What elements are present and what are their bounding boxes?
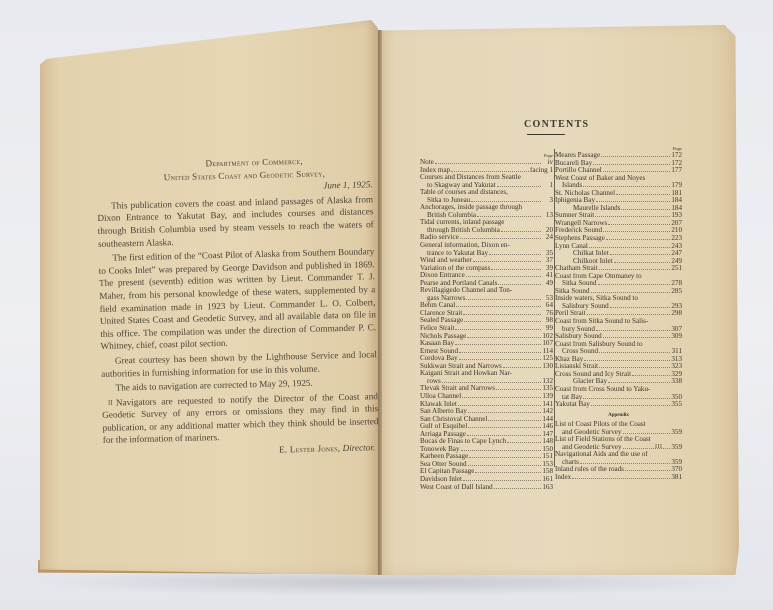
toc-entry: List of Coast Pilots of the Coast	[555, 421, 682, 429]
toc-entry-page: 35	[542, 250, 553, 258]
leader-dots	[498, 284, 541, 285]
toc-entry-page: 98	[542, 317, 553, 325]
toc-entry-title: Revillagigedo Channel and Ton-	[420, 287, 512, 295]
toc-entry-title: Meares Passage	[555, 152, 600, 160]
toc-entry: Sitka Sound285	[555, 288, 682, 296]
toc-entry-page: 293	[671, 303, 682, 311]
toc-entry-page: 144	[542, 416, 553, 424]
leader-dots	[610, 254, 670, 255]
toc-entry-title: Sumner Strait	[555, 212, 594, 220]
toc-entry-title: Klawak Inlet	[420, 401, 457, 409]
toc-entry: Table of courses and distances,	[420, 189, 553, 197]
toc-entry-title: Tonowek Bay	[420, 446, 460, 454]
toc-entry-page: 193	[671, 212, 682, 220]
toc-entry-title: Table of courses and distances,	[420, 189, 508, 197]
toc-entry: Variation of the compass39	[420, 265, 553, 273]
toc-entry: Salisbury Sound309	[555, 333, 682, 341]
preface-paragraph: The first edition of the “Coast Pilot of…	[98, 245, 376, 352]
toc-entry-page: 359	[671, 429, 682, 437]
toc-entry-page: 243	[671, 243, 682, 251]
leader-dots	[606, 239, 670, 240]
leader-dots	[460, 238, 541, 239]
toc-entry-title: Salisbury Sound	[555, 333, 602, 341]
toc-entry-page: 207	[671, 220, 682, 228]
toc-entry: through British Columbia20	[420, 227, 553, 235]
toc-entry-title: gass Narrows	[427, 295, 465, 303]
toc-entry-page: 114	[542, 348, 553, 356]
toc-entry: Arriaga Passage147	[420, 431, 553, 439]
toc-entry-title: rows	[427, 378, 441, 386]
leader-dots	[466, 276, 541, 277]
toc-entry: Lisianski Strait323	[555, 363, 682, 371]
leader-dots	[584, 360, 670, 361]
leader-dots	[455, 344, 541, 345]
toc-entry-page: 370	[671, 466, 682, 474]
toc-entry-title: Index map	[420, 167, 450, 175]
toc-entry-page: 307	[671, 326, 682, 334]
toc-entry: charts359	[555, 459, 682, 467]
leader-dots	[616, 194, 670, 195]
toc-entry: Nichols Passage102	[420, 333, 553, 341]
toc-entry-title: Sea Otter Sound	[420, 461, 467, 469]
toc-entry: Pearse and Portland Canals49	[420, 280, 553, 288]
toc-entry-title: Coast from Cape Ommaney to	[555, 273, 642, 281]
leader-dots	[587, 314, 670, 315]
toc-entry-title: Bocas de Finas to Cape Lynch	[420, 438, 506, 446]
toc-entry: Dixon Entrance41	[420, 272, 553, 280]
leader-dots	[603, 171, 670, 172]
leader-dots	[603, 337, 670, 338]
toc-entry: Salisbury Sound293	[555, 303, 682, 311]
toc-entry-title: charts	[562, 459, 579, 467]
leader-dots	[475, 472, 541, 473]
toc-entry-title: Behm Canal	[420, 302, 455, 310]
toc-entry-title: Felice Strait	[420, 325, 454, 333]
signature-name: E. Lester Jones,	[279, 443, 340, 454]
leader-dots	[507, 442, 541, 443]
toc-entry: Khaz Bay313	[555, 356, 682, 364]
toc-entry-title: Chatham Strait	[555, 265, 598, 273]
toc-entry-title: Lisianski Strait	[555, 363, 598, 371]
toc-entry-page: 158	[542, 468, 553, 476]
leader-dots	[591, 292, 671, 293]
toc-entry-title: Khaz Bay	[555, 356, 583, 364]
toc-entry-page: 359	[671, 444, 682, 452]
leader-dots	[623, 433, 671, 434]
toc-entry-page: 142	[542, 408, 553, 416]
leader-dots	[583, 186, 670, 187]
toc-entry-page: 147	[542, 431, 553, 439]
toc-entry-title: to Skagway and Yakutat	[427, 182, 496, 190]
leader-dots	[456, 306, 541, 307]
toc-entry: Sea Otter Sound153	[420, 461, 553, 469]
leader-dots	[608, 224, 670, 225]
toc-entry: Kasaan Bay107	[420, 340, 553, 348]
leader-dots	[466, 299, 541, 300]
toc-entry: Sitka Sound278	[555, 280, 682, 288]
toc-entry-title: Pearse and Portland Canals	[420, 280, 497, 288]
leader-dots	[455, 329, 541, 330]
preface-paragraph: Navigators are requested to notify the D…	[102, 390, 379, 447]
preface-paragraph: Great courtesy has been shown by the Lig…	[101, 348, 378, 380]
toc-entry-title: Salisbury Sound	[562, 303, 609, 311]
toc-entry: Meares Passage172	[555, 152, 682, 160]
toc-entry: Noteiv	[420, 159, 553, 167]
toc-entry: Stephens Passage223	[555, 235, 682, 243]
toc-entry-title: Lynn Canal	[555, 243, 588, 251]
toc-entry-title: Chilkoot Inlet	[573, 258, 613, 266]
toc-entry-page: 181	[671, 190, 682, 198]
toc-entry-page: 249	[671, 258, 682, 266]
title-rule	[527, 134, 565, 135]
toc-entry: El Capitan Passage158	[420, 468, 553, 476]
toc-entry-title: Cordova Bay	[420, 355, 458, 363]
preface-paragraph: This publication covers the coast and in…	[97, 193, 374, 250]
toc-entry: Iphigenia Bay184	[555, 197, 682, 205]
toc-entry-page: 39	[542, 265, 553, 273]
toc-entry-page: 41	[542, 272, 553, 280]
toc-entry-title: Frederick Sound	[555, 227, 602, 235]
toc-entry-title: Ulloa Channel	[420, 393, 461, 401]
toc-entry-page: 381	[671, 474, 682, 482]
toc-entry: General information, Dixon en-	[420, 242, 553, 250]
toc-entry-title: Radio service	[420, 234, 459, 242]
toc-entry: Glacier Bay338	[555, 378, 682, 386]
toc-entry: San Christoval Channel144	[420, 416, 553, 424]
toc-entry: trance to Yakutat Bay35	[420, 250, 553, 258]
toc-entry-title: Yakutat Bay	[555, 401, 590, 409]
toc-entry-title: Coast from Salisbury Sound to	[555, 341, 643, 349]
toc-entry-title: Ernest Sound	[420, 348, 458, 356]
toc-entry-title: Anchorages, inside passage through	[420, 204, 522, 212]
toc-entry-title: Navigational Aids and the use of	[555, 451, 648, 459]
leader-dots	[468, 427, 541, 428]
toc-entry: Anchorages, inside passage through	[420, 204, 553, 212]
leader-dots	[463, 480, 541, 481]
toc-entry: Gulf of Esquibel146	[420, 423, 553, 431]
toc-entry: Kaigani Strait and Howkan Nar-	[420, 370, 553, 378]
toc-entry: Frederick Sound210	[555, 227, 682, 235]
leader-dots	[459, 352, 541, 353]
toc-entry-page: 37	[542, 257, 553, 265]
toc-entry-page: 76	[542, 310, 553, 318]
toc-entry-title: Davidson Inlet	[420, 476, 462, 484]
toc-entry-page: 3	[542, 197, 553, 205]
toc-entry-title: Sitka Sound	[562, 280, 597, 288]
toc-entry: Chilkoot Inlet249	[555, 258, 682, 266]
leader-dots	[608, 382, 670, 383]
toc-entry: Bucareli Bay172	[555, 160, 682, 168]
toc-entry-page: 179	[671, 182, 682, 190]
leader-dots	[621, 209, 670, 210]
toc-entry-page: 285	[671, 288, 682, 296]
page-number-left: II	[108, 399, 113, 407]
toc-entry-page: 172	[671, 160, 682, 168]
leader-dots	[464, 321, 541, 322]
toc-entry-page: 130	[542, 363, 553, 371]
leader-dots	[496, 389, 541, 390]
toc-entry-page: 355	[671, 401, 682, 409]
toc-entry: Cross Sound311	[555, 348, 682, 356]
toc-entry: Tidal currents, inland passage	[420, 219, 553, 227]
toc-entry: Klawak Inlet141	[420, 401, 553, 409]
leader-dots	[494, 488, 541, 489]
toc-entry-title: and Geodetic Survey	[562, 429, 622, 437]
toc-entry: Lynn Canal243	[555, 243, 682, 251]
toc-entry-title: Karheen Passage	[420, 453, 468, 461]
toc-entry: Coast from Salisbury Sound to	[555, 341, 682, 349]
toc-entry-title: West Coast of Dall Island	[420, 484, 493, 492]
leader-dots	[599, 367, 670, 368]
toc-entry: Cordova Bay125	[420, 355, 553, 363]
leader-dots	[459, 359, 541, 360]
toc-entry-title: trance to Yakutat Bay	[427, 250, 488, 258]
leader-dots	[458, 405, 541, 406]
toc-entry: Sukkwan Strait and Narrows130	[420, 363, 553, 371]
toc-entry-title: Index	[555, 474, 571, 482]
toc-entry: Courses and Distances from Seattle	[420, 174, 553, 182]
toc-entry: bury Sound307	[555, 326, 682, 334]
toc-entry: and Geodetic Survey359	[555, 429, 682, 437]
toc-entry-title: San Christoval Channel	[420, 416, 487, 424]
toc-entry-title: Bucareli Bay	[555, 160, 592, 168]
toc-entry: Revillagigedo Channel and Ton-	[420, 287, 553, 295]
leader-dots	[601, 156, 670, 157]
toc-entry-page: 247	[671, 250, 682, 258]
leader-dots	[468, 412, 541, 413]
toc-entry-title: Sealed Passage	[420, 317, 463, 325]
toc-entry: Radio service24	[420, 234, 553, 242]
toc-entry: Inside waters, Sitka Sound to	[555, 295, 682, 303]
leader-dots	[632, 375, 670, 376]
leader-dots	[477, 216, 541, 217]
toc-entry-page: 146	[542, 423, 553, 431]
toc-entry-title: Coast from Sitka Sound to Salis-	[555, 318, 648, 326]
leader-dots	[467, 435, 541, 436]
toc-entry-page: facing 1	[530, 167, 553, 175]
toc-entry-page: 223	[671, 235, 682, 243]
toc-entry-title: Portillo Channel	[555, 167, 602, 175]
toc-entry-page: 49	[542, 280, 553, 288]
toc-entry-title: St. Nicholas Channel	[555, 190, 615, 198]
toc-entry-title: Tidal currents, inland passage	[420, 219, 504, 227]
leader-dots	[501, 231, 541, 232]
toc-entry-page: 184	[671, 197, 682, 205]
toc-entry-page: 298	[671, 310, 682, 318]
toc-entry-page: 177	[671, 167, 682, 175]
toc-entry: Tonowek Bay150	[420, 446, 553, 454]
leader-dots	[491, 269, 541, 270]
page-number-right: III	[655, 444, 663, 450]
toc-entry-page: 278	[671, 280, 682, 288]
toc-entry-title: San Alberto Bay	[420, 408, 467, 416]
toc-entry: rows132	[420, 378, 553, 386]
leader-dots	[469, 457, 541, 458]
toc-entry-page: 24	[542, 234, 553, 242]
leader-dots	[599, 352, 670, 353]
leader-dots	[580, 463, 670, 464]
toc-entry-title: Sitka Sound	[555, 288, 590, 296]
leader-dots	[435, 163, 541, 164]
toc-entry-title: General information, Dixon en-	[420, 242, 510, 250]
toc-entry-page: 311	[671, 348, 682, 356]
toc-entry: St. Nicholas Channel181	[555, 190, 682, 198]
toc-entry-page: 53	[542, 295, 553, 303]
toc-entry: Tlevak Strait and Narrows135	[420, 385, 553, 393]
toc-entry-title: through British Columbia	[427, 227, 500, 235]
toc-entry: Islands179	[555, 182, 682, 190]
toc-entry-page: 359	[671, 459, 682, 467]
toc-entry-title: Chilkat Inlet	[573, 250, 609, 258]
toc-entry: Coast from Cape Ommaney to	[555, 273, 682, 281]
toc-entry: West Coast of Dall Island163	[420, 484, 553, 492]
leader-dots	[442, 382, 541, 383]
leader-dots	[463, 314, 541, 315]
toc-entry: Karheen Passage151	[420, 453, 553, 461]
leader-dots	[451, 171, 529, 172]
leader-dots	[462, 397, 541, 398]
toc-entry: Wrangell Narrows207	[555, 220, 682, 228]
toc-entry-title: Kaigani Strait and Howkan Nar-	[420, 370, 512, 378]
toc-entry-title: bury Sound	[562, 326, 595, 334]
leader-dots	[596, 201, 670, 202]
toc-entry: Cross Sound and Icy Strait329	[555, 371, 682, 379]
toc-entry-page: 13	[542, 212, 553, 220]
leader-dots	[468, 465, 542, 466]
toc-entry-title: West Coast of Baker and Noyes	[555, 175, 645, 183]
toc-entry-page: 151	[542, 453, 553, 461]
toc-entry-page: 107	[542, 340, 553, 348]
leader-dots	[625, 470, 670, 471]
toc-entry: Ulloa Channel139	[420, 393, 553, 401]
toc-entry-title: Courses and Distances from Seattle	[420, 174, 521, 182]
leader-dots	[471, 201, 541, 202]
toc-entry-title: and Geodetic Survey	[562, 444, 622, 452]
leader-dots	[489, 254, 541, 255]
toc-entry-title: Gulf of Esquibel	[420, 423, 467, 431]
leader-dots	[589, 247, 670, 248]
toc-entry: Index mapfacing 1	[420, 167, 553, 175]
leader-dots	[596, 330, 670, 331]
toc-entry-title: Kasaan Bay	[420, 340, 454, 348]
leader-dots	[497, 186, 541, 187]
toc-entry: Portillo Channel177	[555, 167, 682, 175]
toc-entry-title: Sitka to Juneau	[427, 197, 470, 205]
toc-entry: Inland rules of the roads370	[555, 466, 682, 474]
toc-entry-title: Wind and weather	[420, 257, 472, 265]
leader-dots	[572, 478, 670, 479]
toc-entry-title: Inland rules of the roads	[555, 466, 624, 474]
toc-entry-page: 135	[542, 385, 553, 393]
toc-entry-title: Iphigenia Bay	[555, 197, 595, 205]
toc-entry-title: Cross Sound	[562, 348, 598, 356]
toc-entry-title: List of Field Stations of the Coast	[555, 436, 651, 444]
toc-entry-page: 329	[671, 371, 682, 379]
toc-entry-title: Maurelle Islands	[573, 205, 620, 213]
leader-dots	[623, 448, 671, 449]
toc-entry: Yakutat Bay355	[555, 401, 682, 409]
toc-entry-title: Cross Sound and Icy Strait	[555, 371, 631, 379]
toc-entry: gass Narrows53	[420, 295, 553, 303]
toc-entry-page: 323	[671, 363, 682, 371]
toc-entry: Sealed Passage98	[420, 317, 553, 325]
toc-entry: Navigational Aids and the use of	[555, 451, 682, 459]
toc-entry-page: 153	[542, 461, 553, 469]
toc-entry-page: 139	[542, 393, 553, 401]
toc-entry-title: List of Coast Pilots of the Coast	[555, 421, 646, 429]
toc-right-column: Page Meares Passage172Bucareli Bay172Por…	[555, 146, 682, 482]
toc-entry: and Geodetic Survey359	[555, 444, 682, 452]
toc-entry-title: Islands	[562, 182, 582, 190]
toc-entry-title: Dixon Entrance	[420, 272, 465, 280]
toc-entry-title: Note	[420, 159, 434, 167]
toc-entry-page: 161	[542, 476, 553, 484]
toc-entry-title: Wrangell Narrows	[555, 220, 607, 228]
leader-dots	[467, 337, 541, 338]
leader-dots	[591, 405, 670, 406]
toc-entry-page: 210	[671, 227, 682, 235]
leader-dots	[461, 450, 542, 451]
toc-entry-title: British Columbia	[427, 212, 476, 220]
toc-left-column: Page NoteivIndex mapfacing 1Courses and …	[420, 153, 553, 491]
toc-entry: Wind and weather37	[420, 257, 553, 265]
toc-entry-title: Variation of the compass	[420, 265, 490, 273]
leader-dots	[603, 231, 670, 232]
toc-entry: to Skagway and Yakutat1	[420, 182, 553, 190]
toc-entry: British Columbia13	[420, 212, 553, 220]
toc-entry-title: tat Bay	[562, 394, 582, 402]
toc-entry-page: 64	[542, 302, 553, 310]
toc-entry-title: Peril Strait	[555, 310, 586, 318]
toc-entry-page: 125	[542, 355, 553, 363]
contents-title: CONTENTS	[524, 119, 589, 130]
toc-entry-title: Clarence Strait	[420, 310, 462, 318]
leader-dots	[599, 269, 670, 270]
toc-entry: Bocas de Finas to Cape Lynch148	[420, 438, 553, 446]
toc-entry-title: Inside waters, Sitka Sound to	[555, 295, 638, 303]
toc-entry-page: 338	[671, 378, 682, 386]
toc-entry: Coast from Sitka Sound to Salis-	[555, 318, 682, 326]
leader-dots	[595, 216, 670, 217]
toc-entry-page: 1	[542, 182, 553, 190]
toc-entry: Index381	[555, 474, 682, 482]
toc-entry: Sitka to Juneau3	[420, 197, 553, 205]
toc-entry: San Alberto Bay142	[420, 408, 553, 416]
leader-dots	[473, 261, 541, 262]
toc-entry: tat Bay350	[555, 394, 682, 402]
toc-entry-title: Arriaga Passage	[420, 431, 466, 439]
toc-entry-page: 350	[671, 394, 682, 402]
preface-note: Department of Commerce, United States Co…	[96, 153, 379, 460]
toc-entry-title: Glacier Bay	[573, 378, 607, 386]
toc-entry-title: El Capitan Passage	[420, 468, 474, 476]
toc-entry: West Coast of Baker and Noyes	[555, 175, 682, 183]
toc-entry-page: 150	[542, 446, 553, 454]
toc-entry: Davidson Inlet161	[420, 476, 553, 484]
toc-entry-title: Nichols Passage	[420, 333, 466, 341]
leader-dots	[614, 262, 670, 263]
toc-entry-page: 148	[542, 438, 553, 446]
toc-entry-page: iv	[542, 159, 553, 167]
toc-entry-title: Coast from Cross Sound to Yaku-	[555, 386, 650, 394]
toc-entry-page: 309	[671, 333, 682, 341]
toc-entry: Sumner Strait193	[555, 212, 682, 220]
appendix-heading: Appendix	[555, 412, 682, 420]
toc-entry-page: 184	[671, 205, 682, 213]
toc-entry-page: 251	[671, 265, 682, 273]
leader-dots	[610, 307, 670, 308]
toc-entry: Felice Strait99	[420, 325, 553, 333]
